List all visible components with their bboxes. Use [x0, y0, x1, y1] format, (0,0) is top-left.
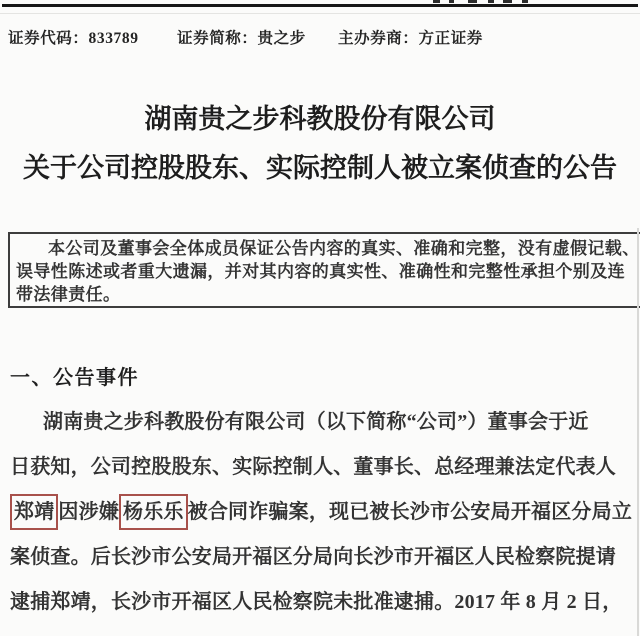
company-name-title: 湖南贵之步科教股份有限公司	[0, 97, 640, 136]
clipped-header-text-fragment	[449, 0, 454, 3]
securities-code: 证券代码：833789	[8, 26, 139, 48]
red-highlight-box-name-yanglele: 杨乐乐	[119, 494, 188, 530]
body-text-segment: 因涉嫌	[58, 501, 119, 523]
clipped-header-text-fragment	[433, 0, 440, 3]
top-horizontal-rule-thin	[0, 13, 640, 14]
body-text-segment: 被合同诈骗案，现已被长沙市公安局开福区分局立	[188, 501, 632, 523]
body-line: 逮捕郑靖，长沙市开福区人民检察院未批准逮捕。2017 年 8 月 2 日，	[10, 580, 636, 625]
announcement-subject-title: 关于公司控股股东、实际控制人被立案侦查的公告	[0, 146, 640, 185]
announcement-document-page: 证券代码：833789 证券简称：贵之步 主办券商：方正证券 湖南贵之步科教股份…	[0, 0, 640, 636]
announcement-body-paragraph: 湖南贵之步科教股份有限公司（以下简称“公司”）董事会于近 日获知，公司控股股东、…	[10, 400, 636, 625]
body-line: 湖南贵之步科教股份有限公司（以下简称“公司”）董事会于近	[10, 400, 636, 445]
disclaimer-box: 本公司及董事会全体成员保证公告内容的真实、准确和完整，没有虚假记载、 误导性陈述…	[8, 232, 640, 308]
body-line: 日获知，公司控股股东、实际控制人、董事长、总经理兼法定代表人	[10, 445, 636, 490]
securities-abbreviation: 证券简称：贵之步	[177, 26, 306, 48]
clipped-header-text-fragment	[503, 0, 512, 3]
sponsor-broker: 主办券商：方正证券	[338, 26, 483, 48]
top-horizontal-rule	[2, 4, 638, 7]
disclaimer-line: 本公司及董事会全体成员保证公告内容的真实、准确和完整，没有虚假记载、	[16, 237, 635, 260]
clipped-header-text-fragment	[468, 0, 477, 3]
red-highlight-box-name-zhengjing: 郑靖	[10, 494, 58, 530]
section-heading: 一、公告事件	[10, 361, 139, 390]
clipped-header-text-fragment	[488, 0, 494, 3]
body-line: 郑靖因涉嫌杨乐乐被合同诈骗案，现已被长沙市公安局开福区分局立	[10, 490, 636, 535]
page-right-edge-shadow	[637, 228, 639, 636]
body-line: 案侦查。后长沙市公安局开福区分局向长沙市开福区人民检察院提请	[10, 535, 636, 580]
disclaimer-line: 带法律责任。	[16, 283, 635, 306]
clipped-header-text-fragment	[522, 0, 528, 3]
disclaimer-line: 误导性陈述或者重大遗漏，并对其内容的真实性、准确性和完整性承担个别及连	[16, 260, 635, 283]
